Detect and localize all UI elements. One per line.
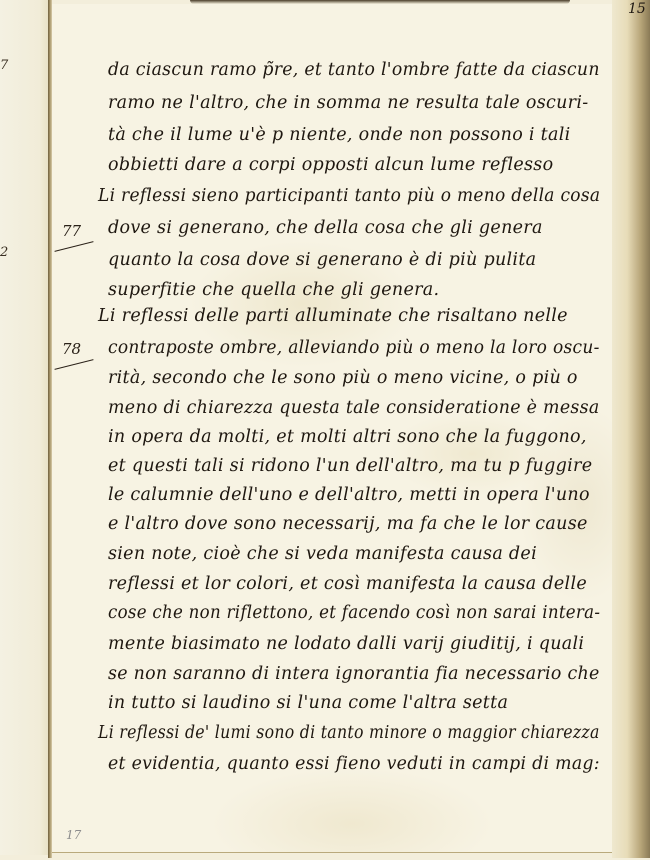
text-line: tà che il lume u'è p niente, onde non po… bbox=[108, 125, 571, 145]
folio-number: 15 bbox=[628, 1, 646, 17]
text-line: le calumnie dell'uno e dell'altro, metti… bbox=[108, 485, 590, 505]
left-page-mark: 2 bbox=[0, 245, 8, 260]
text-line: in opera da molti, et molti altri sono c… bbox=[108, 427, 587, 447]
text-line: da ciascun ramo p̃re, et tanto l'ombre f… bbox=[108, 60, 600, 80]
manuscript-scan: 7 2 15 17 77 78 da ciascun ramo p̃re, et… bbox=[0, 0, 650, 860]
archive-number: 17 bbox=[66, 828, 81, 842]
top-edge-shadow bbox=[190, 0, 570, 4]
text-line: dove si generano, che della cosa che gli… bbox=[108, 218, 543, 238]
left-page-edge: 7 2 bbox=[0, 0, 50, 855]
text-line: Li reflessi sieno participanti tanto più… bbox=[98, 186, 600, 206]
text-line: cose che non riflettono, et facendo così… bbox=[108, 603, 600, 623]
text-line: et evidentia, quanto essi fieno veduti i… bbox=[108, 754, 600, 774]
left-page-mark: 7 bbox=[0, 58, 8, 73]
text-line: e l'altro dove sono necessarij, ma fa ch… bbox=[108, 514, 588, 534]
text-line: reflessi et lor colori, et così manifest… bbox=[108, 574, 587, 594]
text-line: mente biasimato ne lodato dalli varij gi… bbox=[108, 634, 584, 654]
text-line: obbietti dare a corpi opposti alcun lume… bbox=[108, 155, 553, 175]
text-line: ramo ne l'altro, che in somma ne resulta… bbox=[108, 93, 588, 113]
text-line: se non saranno di intera ignorantia fia … bbox=[108, 664, 600, 684]
margin-number-78: 78 bbox=[60, 340, 85, 359]
text-line: meno di chiarezza questa tale considerat… bbox=[108, 398, 600, 418]
text-line: quanto la cosa dove si generano è di più… bbox=[108, 250, 536, 270]
text-line: superfitie che quella che gli genera. bbox=[108, 280, 439, 300]
text-line: Li reflessi de' lumi sono di tanto minor… bbox=[98, 723, 600, 743]
text-line: contraposte ombre, alleviando più o meno… bbox=[108, 338, 600, 358]
text-line: et questi tali si ridono l'un dell'altro… bbox=[108, 456, 592, 476]
margin-number-77: 77 bbox=[60, 222, 85, 241]
text-line: Li reflessi delle parti alluminate che r… bbox=[98, 306, 568, 326]
text-line: in tutto si laudino si l'una come l'altr… bbox=[108, 693, 508, 713]
text-line: rità, secondo che le sono più o meno vic… bbox=[108, 368, 578, 388]
text-line: sien note, cioè che si veda manifesta ca… bbox=[108, 544, 537, 564]
page-edge bbox=[612, 0, 650, 858]
